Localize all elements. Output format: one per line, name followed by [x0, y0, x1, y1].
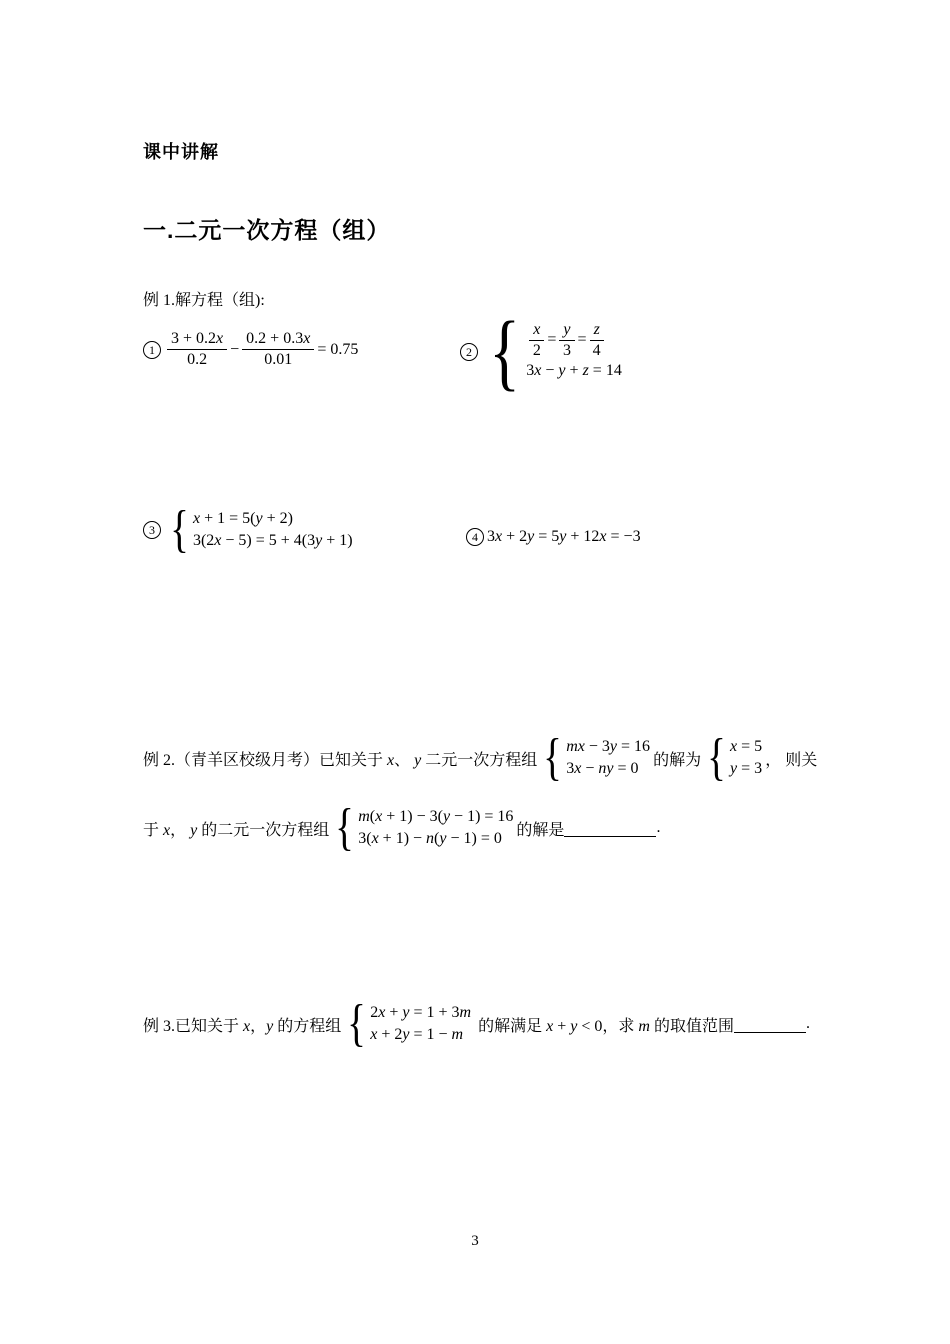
example2-line2: 于 x， y 的二元一次方程组 { m(x + 1) − 3(y − 1) = … [143, 806, 660, 851]
equation-3: 3 { x + 1 = 5(y + 2) 3(2x − 5) = 5 + 4(3… [143, 508, 356, 553]
equation-4: 4 3x + 2y = 5y + 12x = −3 [466, 528, 641, 546]
system-line: x + 2y = 1 − m [370, 1024, 471, 1046]
equation-system: { mx − 3y = 16 3x − ny = 0 [540, 736, 650, 781]
fraction: y 3 [559, 321, 574, 360]
equation-system: { x 2 = y 3 = z 4 [484, 315, 622, 388]
equation-system: { m(x + 1) − 3(y − 1) = 16 3(x + 1) − n(… [332, 806, 513, 851]
left-brace-icon: { [335, 806, 354, 850]
section-title: 课中讲解 [143, 138, 219, 164]
problem-text: 于 x， y 的二元一次方程组 [143, 817, 329, 840]
problem-text: 例 3.已知关于 x，y 的方程组 [143, 1013, 341, 1036]
equation-expression: 3x + 2y = 5y + 12x = −3 [487, 528, 641, 546]
problem-text: 例 2.（青羊区校级月考）已知关于 x、 y 二元一次方程组 [143, 747, 537, 770]
topic-heading: 一.二元一次方程（组） [143, 212, 390, 245]
circled-number-3-icon: 3 [143, 521, 161, 539]
period: . [656, 819, 660, 837]
minus-operator: − [230, 341, 239, 359]
system-line: 2x + y = 1 + 3m [370, 1002, 471, 1024]
fraction-numerator: 3 + 0.2x [167, 330, 227, 350]
period: . [806, 1015, 810, 1033]
fraction: 0.2 + 0.3x 0.01 [242, 330, 314, 369]
left-brace-icon: { [170, 508, 189, 552]
problem-text: ， 则关 [765, 747, 817, 770]
equals-operator: = [578, 331, 587, 349]
equation-1: 1 3 + 0.2x 0.2 − 0.2 + 0.3x 0.01 = 0.75 [143, 330, 358, 369]
solution-system: { x = 5 y = 3 [704, 736, 762, 781]
left-brace-icon: { [489, 315, 520, 388]
answer-blank [734, 1015, 806, 1033]
system-line: x 2 = y 3 = z 4 [526, 321, 622, 360]
system-line: x + 1 = 5(y + 2) [193, 508, 353, 530]
system-line: mx − 3y = 16 [566, 736, 650, 758]
fraction-numerator: 0.2 + 0.3x [242, 330, 314, 350]
circled-number-4-icon: 4 [466, 528, 484, 546]
circled-number-1-icon: 1 [143, 341, 161, 359]
left-brace-icon: { [543, 736, 562, 780]
equals-operator: = [547, 331, 556, 349]
example2-line1: 例 2.（青羊区校级月考）已知关于 x、 y 二元一次方程组 { mx − 3y… [143, 736, 817, 781]
equation-rhs: = 0.75 [317, 341, 358, 359]
fraction: z 4 [590, 321, 604, 360]
page-number: 3 [0, 1233, 950, 1250]
example1-label: 例 1.解方程（组): [143, 287, 265, 310]
equation-system: { x + 1 = 5(y + 2) 3(2x − 5) = 5 + 4(3y … [167, 508, 353, 553]
example3-line: 例 3.已知关于 x，y 的方程组 { 2x + y = 1 + 3m x + … [143, 1002, 810, 1047]
system-line: 3(x + 1) − n(y − 1) = 0 [358, 828, 513, 850]
system-line: 3x − ny = 0 [566, 758, 650, 780]
circled-number-2-icon: 2 [460, 343, 478, 361]
answer-blank [564, 819, 656, 837]
worksheet-page: 课中讲解 一.二元一次方程（组） 例 1.解方程（组): 1 3 + 0.2x … [0, 0, 950, 1344]
system-line: y = 3 [730, 758, 762, 780]
left-brace-icon: { [347, 1002, 366, 1046]
system-line: 3(2x − 5) = 5 + 4(3y + 1) [193, 530, 353, 552]
fraction-denominator: 0.01 [264, 350, 292, 369]
equation-2: 2 { x 2 = y 3 = z 4 [460, 315, 625, 388]
system-line: m(x + 1) − 3(y − 1) = 16 [358, 806, 513, 828]
left-brace-icon: { [707, 736, 726, 780]
system-line: x = 5 [730, 736, 762, 758]
fraction: x 2 [529, 321, 544, 360]
problem-text: 的解为 [653, 747, 701, 770]
fraction-denominator: 0.2 [187, 350, 207, 369]
equation-system: { 2x + y = 1 + 3m x + 2y = 1 − m [344, 1002, 471, 1047]
system-line: 3x − y + z = 14 [526, 360, 622, 382]
problem-text: 的解满足 x + y < 0，求 m 的取值范围 [474, 1013, 734, 1036]
problem-text: 的解是 [516, 817, 564, 840]
fraction: 3 + 0.2x 0.2 [167, 330, 227, 369]
